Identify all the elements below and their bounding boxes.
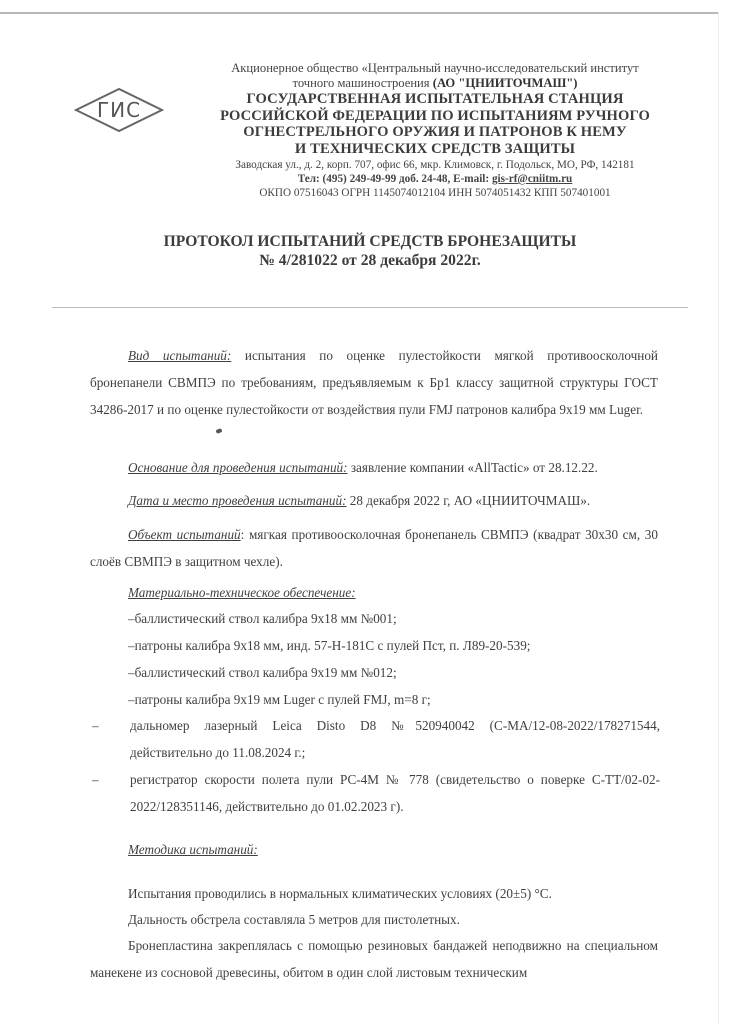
scan-edge-top <box>0 12 718 14</box>
section-label: Дата и место проведения испытаний: <box>128 493 346 508</box>
protocol-title: ПРОТОКОЛ ИСПЫТАНИЙ СРЕДСТВ БРОНЕЗАЩИТЫ №… <box>100 232 640 270</box>
org-name-line1: Акционерное общество «Центральный научно… <box>210 61 660 76</box>
station-line: ГОСУДАРСТВЕННАЯ ИСПЫТАТЕЛЬНАЯ СТАНЦИЯ <box>210 91 660 108</box>
ink-mark <box>215 428 222 434</box>
section-label: Основание для проведения испытаний: <box>128 460 348 475</box>
registration-codes: ОКПО 07516043 ОГРН 1145074012104 ИНН 507… <box>210 186 660 200</box>
section-date-place: Дата и место проведения испытаний: 28 де… <box>90 487 658 514</box>
section-basis: Основание для проведения испытаний: заяв… <box>90 454 658 481</box>
materials-item: –баллистический ствол калибра 9х18 мм №0… <box>128 605 397 632</box>
divider <box>52 307 688 308</box>
svg-text:ГИС: ГИС <box>97 98 141 122</box>
methodology-paragraph: Бронепластина закреплялась с помощью рез… <box>90 932 658 986</box>
methodology-line: Испытания проводились в нормальных клима… <box>128 880 552 907</box>
dash-bullet: – <box>92 766 122 793</box>
email-link[interactable]: gis-rf@cniitm.ru <box>492 173 572 185</box>
letterhead: Акционерное общество «Центральный научно… <box>210 61 660 200</box>
section-test-type: Вид испытаний: испытания по оценке пулес… <box>90 342 658 423</box>
materials-item: –патроны калибра 9х19 мм Luger с пулей F… <box>128 686 431 713</box>
station-line: РОССИЙСКОЙ ФЕДЕРАЦИИ ПО ИСПЫТАНИЯМ РУЧНО… <box>210 108 660 125</box>
station-line: ОГНЕСТРЕЛЬНОГО ОРУЖИЯ И ПАТРОНОВ К НЕМУ <box>210 124 660 141</box>
materials-dash-item: – дальномер лазерный Leica Disto D8 №520… <box>92 712 660 766</box>
materials-label: Материально-техническое обеспечение: <box>128 579 356 606</box>
protocol-title-line1: ПРОТОКОЛ ИСПЫТАНИЙ СРЕДСТВ БРОНЕЗАЩИТЫ <box>100 232 640 251</box>
station-line: И ТЕХНИЧЕСКИХ СРЕДСТВ ЗАЩИТЫ <box>210 141 660 158</box>
methodology-line: Дальность обстрела составляла 5 метров д… <box>128 906 460 933</box>
dash-bullet: – <box>92 712 122 739</box>
section-label: Вид испытаний: <box>128 348 231 363</box>
org-name-line2: точного машиностроения (АО "ЦНИИТОЧМАШ") <box>210 76 660 91</box>
protocol-number: № 4/281022 от 28 декабря 2022г. <box>100 251 640 270</box>
methodology-label: Методика испытаний: <box>128 836 258 863</box>
section-label: Объект испытаний <box>128 527 241 542</box>
section-object: Объект испытаний: мягкая противоосколочн… <box>90 521 658 575</box>
materials-item: –баллистический ствол калибра 9х19 мм №0… <box>128 659 397 686</box>
contacts: Тел: (495) 249-49-99 доб. 24-48, E-mail:… <box>210 172 660 186</box>
materials-dash-item: – регистратор скорости полета пули РС-4М… <box>92 766 660 820</box>
address: Заводская ул., д. 2, корп. 707, офис 66,… <box>210 158 660 172</box>
gis-logo-icon: ГИС <box>74 87 164 133</box>
scan-edge-right <box>718 12 719 1024</box>
materials-item: –патроны калибра 9х18 мм, инд. 57-Н-181С… <box>128 632 530 659</box>
